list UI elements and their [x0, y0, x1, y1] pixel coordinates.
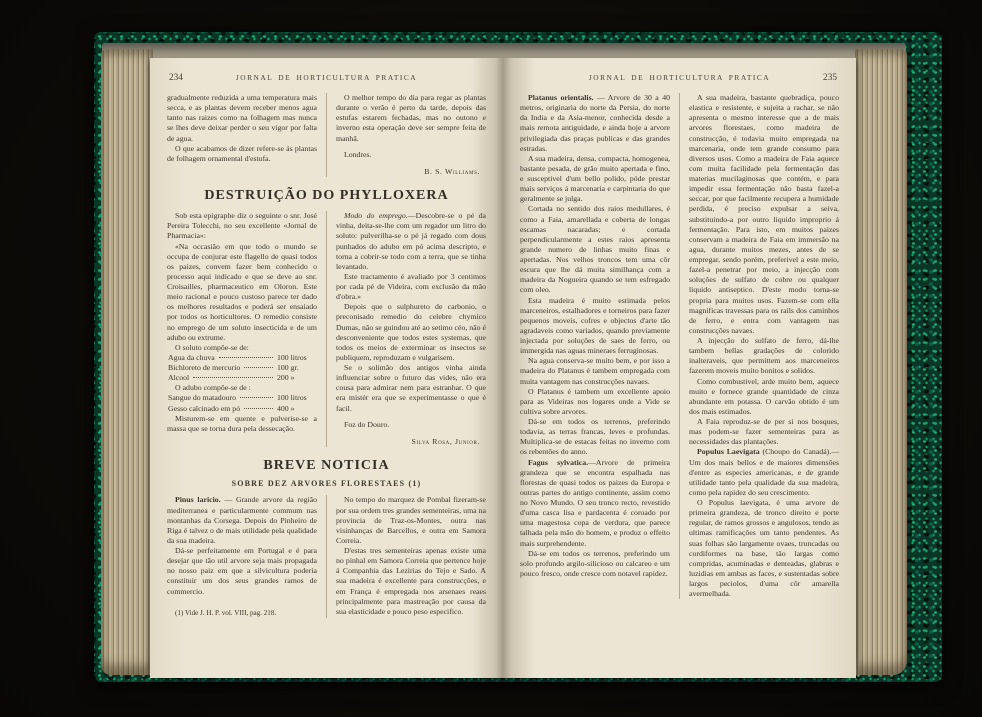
left-page-number: 234 [169, 72, 203, 84]
paragraph: «Na occasião em que todo o mundo se occu… [167, 242, 317, 343]
paragraph: Dá-se em todos os terrenos, preferindo t… [520, 417, 670, 458]
paragraph: Dá-se em todos os terrenos, preferindo u… [520, 549, 670, 579]
dot-leader [240, 397, 273, 398]
paragraph-lead: Populus Laevigata [697, 447, 760, 456]
paragraph: A sua madeira, densa, compacta, homogene… [520, 154, 670, 205]
paragraph: O Populus laevigata, é uma arvore de pri… [689, 498, 839, 599]
article-heading-breve-noticia: BREVE NOTICIA [167, 457, 486, 475]
signature: Silva Rosa, Junior. [336, 437, 486, 447]
arvores-section: Platanus orientalis. — Arvore de 30 a 40… [520, 93, 839, 599]
recipe-row: Bichloreto de mercurio 100 gr. [167, 363, 317, 373]
paragraph: A injecção do sulfato de ferro, dá-lhe t… [689, 336, 839, 377]
book-fore-edge-left [101, 49, 153, 675]
left-page: 234 JORNAL DE HORTICULTURA PRATICA gradu… [150, 58, 503, 678]
paragraph: A Faia reproduz-se de per si nos bosques… [689, 417, 839, 447]
phylloxera-col2: Modo do emprego.—Descobre-se o pé da vin… [326, 211, 486, 447]
paragraph-text: —Arvore de primeira grandeza que se enco… [520, 458, 670, 548]
recipe-quantity: 200 » [277, 373, 317, 383]
paragraph-lead: Modo do emprego. [344, 211, 408, 220]
paragraph: Platanus orientalis. — Arvore de 30 a 40… [520, 93, 670, 154]
paragraph: A sua madeira, bastante quebradiça, pouc… [689, 93, 839, 336]
dot-leader [219, 357, 273, 358]
recipe-quantity: 100 litros [277, 393, 317, 403]
paragraph-lead: Fagus sylvatica. [528, 458, 588, 467]
recipe-label-adubo: O adubo compõe-se de : [167, 383, 317, 393]
dot-leader [244, 408, 273, 409]
dot-leader [193, 377, 273, 378]
place-line: Foz do Douro. [336, 420, 486, 430]
recipe-ingredient: Agua da chuva [168, 353, 215, 363]
paragraph: Depois que o sulphureto de carbonio, o p… [336, 302, 486, 363]
paragraph: Sob esta epigraphe diz o seguinte o snr.… [167, 211, 317, 241]
paragraph: Este tractamento é avaliado por 3 centim… [336, 272, 486, 302]
phylloxera-section: Sob esta epigraphe diz o seguinte o snr.… [167, 211, 486, 447]
place-line: Londres. [336, 150, 486, 160]
paragraph: O que acabamos de dizer refere-se ás pla… [167, 144, 317, 164]
paragraph: Esta madeira é muito estimada pelos marc… [520, 296, 670, 357]
recipe-ingredient: Alcool [168, 373, 189, 383]
paragraph: Como combustivel, arde muito bem, aquece… [689, 377, 839, 418]
paragraph: O Platanus é tambem um excellente apoio … [520, 387, 670, 417]
book-cover-marbled: 234 JORNAL DE HORTICULTURA PRATICA gradu… [94, 32, 942, 682]
book-photo-scene: 234 JORNAL DE HORTICULTURA PRATICA gradu… [0, 0, 982, 717]
recipe-row: Sangue do matadouro 100 litros [167, 393, 317, 403]
paragraph: Populus Laevigata (Choupo do Canadá).—Um… [689, 447, 839, 498]
breve-col2: No tempo do marquez de Pombal fizeram-se… [326, 495, 486, 617]
recipe-quantity: 100 litros [277, 353, 317, 363]
intro-col1: gradualmente reduzida a uma temperatura … [167, 93, 317, 177]
recipe-label-soluto: O soluto compõe-se de: [167, 343, 317, 353]
recipe-row: Gesso calcinado em pó 400 » [167, 404, 317, 414]
dot-leader [244, 367, 273, 368]
footnote: (1) Vide J. H. P. vol. VIII, pag. 218. [167, 609, 317, 618]
intro-section: gradualmente reduzida a uma temperatura … [167, 93, 486, 177]
paragraph: No tempo do marquez de Pombal fizeram-se… [336, 495, 486, 546]
article-heading-phylloxera: DESTRUIÇÃO DO PHYLLOXERA [167, 187, 486, 205]
paragraph-lead: Platanus orientalis. [528, 93, 594, 102]
running-title: JORNAL DE HORTICULTURA PRATICA [556, 73, 803, 83]
book-fore-edge-right [855, 49, 907, 675]
right-page-header: JORNAL DE HORTICULTURA PRATICA 235 [522, 72, 837, 84]
intro-col2: O melhor tempo do dia para regar as plan… [326, 93, 486, 177]
paragraph: Dá-se perfeitamente em Portugal e é para… [167, 546, 317, 597]
left-page-header: 234 JORNAL DE HORTICULTURA PRATICA [169, 72, 484, 84]
arvores-col1: Platanus orientalis. — Arvore de 30 a 40… [520, 93, 670, 599]
paragraph: gradualmente reduzida a uma temperatura … [167, 93, 317, 144]
paragraph: Se o solimão dos antigos vinha ainda inf… [336, 363, 486, 414]
paragraph: Misturem-se em quente e pulverise-se a m… [167, 414, 317, 434]
paragraph-lead: Pinus laricio. [175, 495, 221, 504]
open-pages: 234 JORNAL DE HORTICULTURA PRATICA gradu… [150, 58, 856, 678]
recipe-ingredient: Bichloreto de mercurio [168, 363, 240, 373]
paragraph: O melhor tempo do dia para regar as plan… [336, 93, 486, 144]
paragraph: Modo do emprego.—Descobre-se o pé da vin… [336, 211, 486, 272]
phylloxera-col1: Sob esta epigraphe diz o seguinte o snr.… [167, 211, 317, 447]
recipe-row: Agua da chuva 100 litros [167, 353, 317, 363]
recipe-row: Alcool 200 » [167, 373, 317, 383]
right-page-number: 235 [803, 72, 837, 84]
paragraph: D'estas tres sementeiras apenas existe u… [336, 546, 486, 617]
recipe-ingredient: Gesso calcinado em pó [168, 404, 240, 414]
recipe-ingredient: Sangue do matadouro [168, 393, 236, 403]
recipe-quantity: 400 » [277, 404, 317, 414]
breve-col1: Pinus laricio. — Grande arvore da região… [167, 495, 317, 617]
article-subheading: SOBRE DEZ ARVORES FLORESTAES (1) [167, 479, 486, 489]
arvores-col2: A sua madeira, bastante quebradiça, pouc… [679, 93, 839, 599]
paragraph: Na agua conserva-se muito bem, e por iss… [520, 356, 670, 386]
recipe-quantity: 100 gr. [277, 363, 317, 373]
paragraph: Pinus laricio. — Grande arvore da região… [167, 495, 317, 546]
right-page: JORNAL DE HORTICULTURA PRATICA 235 Plata… [503, 58, 856, 678]
paragraph: Fagus sylvatica.—Arvore de primeira gran… [520, 458, 670, 549]
breve-section: Pinus laricio. — Grande arvore da região… [167, 495, 486, 617]
signature: B. S. Williams. [336, 167, 486, 177]
paragraph: Cortada no sentido dos raios medullares,… [520, 204, 670, 295]
running-title: JORNAL DE HORTICULTURA PRATICA [203, 73, 450, 83]
